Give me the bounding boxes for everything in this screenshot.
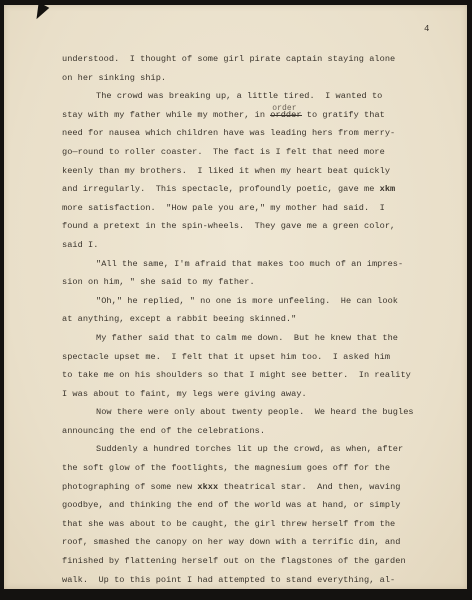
text-line: found a pretext in the spin-wheels. They… (62, 217, 432, 236)
text-line: sion on him, " she said to my father. (62, 273, 432, 292)
typewritten-page: 4 understood. I thought of some girl pir… (4, 5, 467, 589)
text-line: stay with my father while my mother, in … (62, 106, 432, 125)
text-line: goodbye, and thinking the end of the wor… (62, 496, 432, 515)
torn-corner (31, 2, 49, 22)
text-line: to take me on his shoulders so that I mi… (62, 366, 432, 385)
text-line: said I. (62, 236, 432, 255)
text-line: on her sinking ship. (62, 69, 432, 88)
handwritten-correction: order (272, 100, 296, 119)
text-line: roof, smashed the canopy on her way down… (62, 533, 432, 552)
text-line: keenly than my brothers. I liked it when… (62, 162, 432, 181)
text-line: that she was about to be caught, the gir… (62, 515, 432, 534)
text-line: more satisfaction. "How pale you are," m… (62, 199, 432, 218)
page-body-text: understood. I thought of some girl pirat… (62, 50, 432, 589)
text-line: at anything, except a rabbit beeing skin… (62, 310, 432, 329)
struck-word: ordderorder (270, 110, 301, 120)
text-line: the soft glow of the footlights, the mag… (62, 459, 432, 478)
overtyped-word: xkm (380, 184, 396, 194)
text-line: Now there were only about twenty people.… (62, 403, 432, 422)
text-line: photographing of some new xkxx theatrica… (62, 478, 432, 497)
text-line: The crowd was breaking up, a little tire… (62, 87, 432, 106)
text-line: understood. I thought of some girl pirat… (62, 50, 432, 69)
overtyped-word: xkxx (197, 482, 218, 492)
text-line: "All the same, I'm afraid that makes too… (62, 255, 432, 274)
text-line: announcing the end of the celebrations. (62, 422, 432, 441)
text-line: "Oh," he replied, " no one is more unfee… (62, 292, 432, 311)
text-line: I was about to faint, my legs were givin… (62, 385, 432, 404)
text-line: finished by flattening herself out on th… (62, 552, 432, 571)
text-line: spectacle upset me. I felt that it upset… (62, 348, 432, 367)
text-line: Suddenly a hundred torches lit up the cr… (62, 440, 432, 459)
text-line: go—round to roller coaster. The fact is … (62, 143, 432, 162)
text-line: walk. Up to this point I had attempted t… (62, 571, 432, 590)
text-line: My father said that to calm me down. But… (62, 329, 432, 348)
text-line: and irregularly. This spectacle, profoun… (62, 180, 432, 199)
text-line: need for nausea which children have was … (62, 124, 432, 143)
page-number: 4 (424, 24, 429, 34)
